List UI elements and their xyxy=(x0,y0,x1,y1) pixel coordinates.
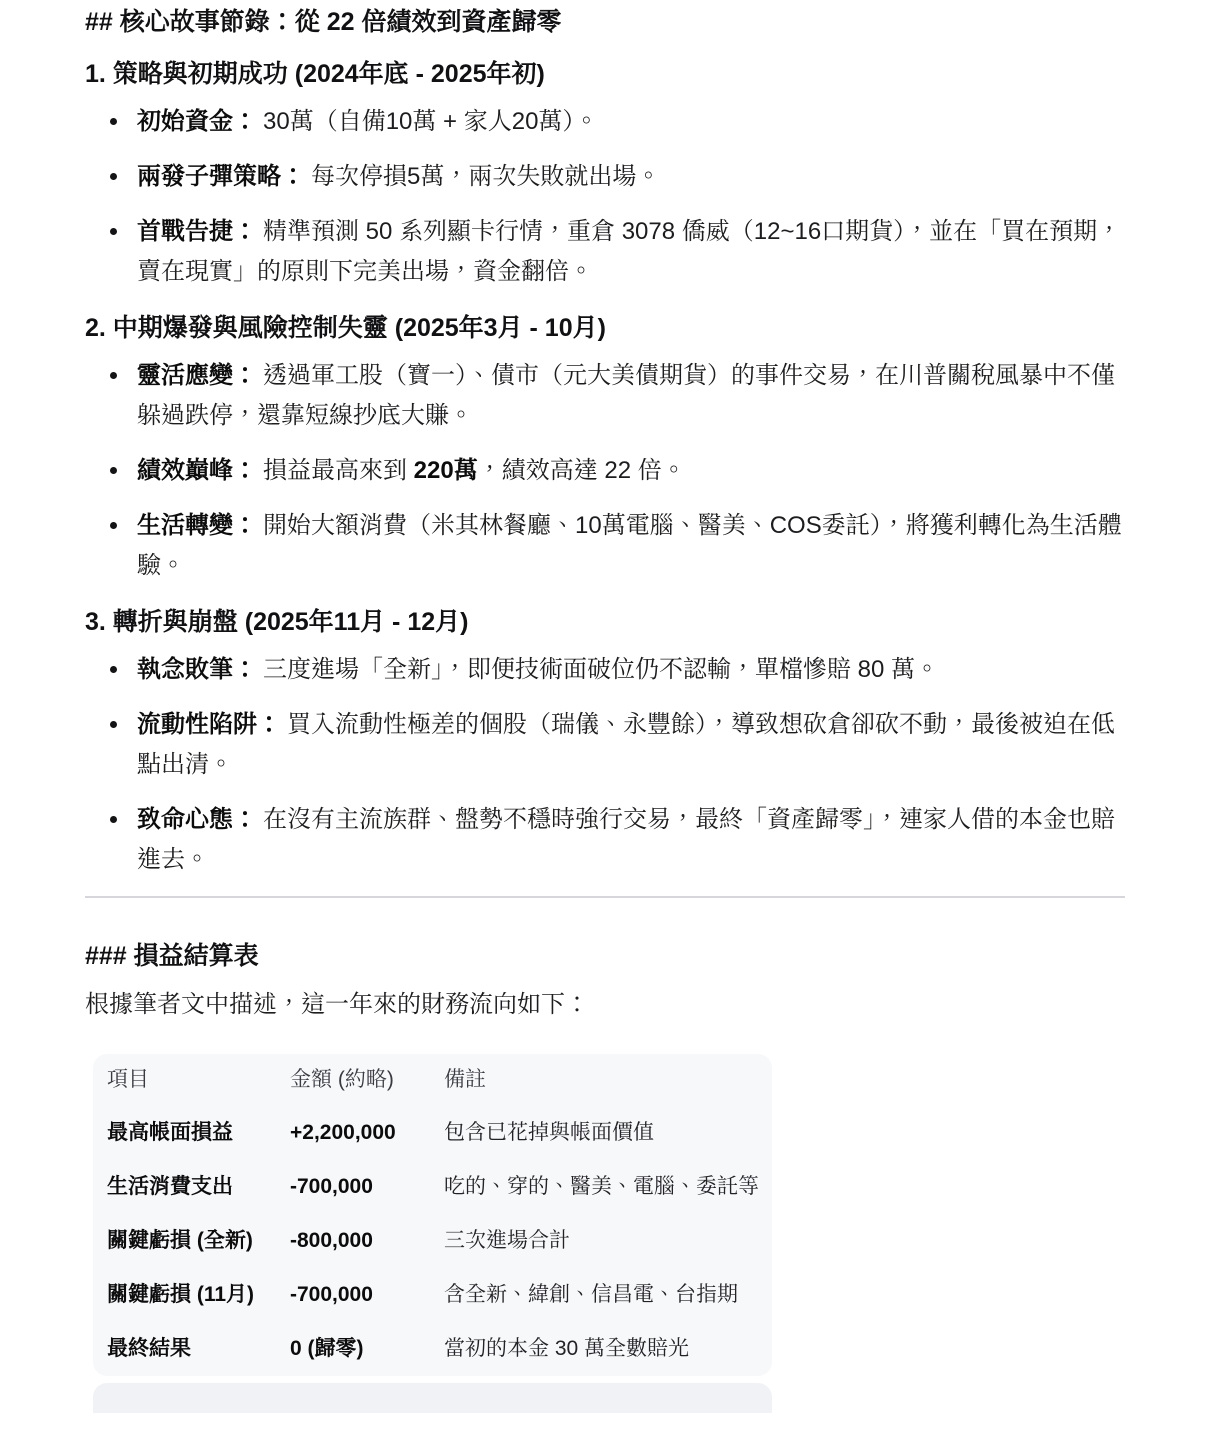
table-row: 最終結果 0 (歸零) 當初的本金 30 萬全數賠光 xyxy=(93,1322,772,1376)
bullet-icon xyxy=(110,666,117,673)
bullet-label: 生活轉變： xyxy=(137,512,257,539)
bullet-label: 執念敗筆： xyxy=(137,656,257,683)
bullet-label: 初始資金： xyxy=(137,108,257,135)
bullet-text-bold: 220萬 xyxy=(414,457,478,484)
row-note: 三次進場合計 xyxy=(444,1227,772,1255)
row-amount: 0 (歸零) xyxy=(290,1335,444,1363)
list-item: 致命心態：在沒有主流族群、盤勢不穩時強行交易，最終「資產歸零」，連家人借的本金也… xyxy=(137,800,1125,880)
list-item: 靈活應變：透過軍工股（寶一）、債市（元大美債期貨）的事件交易，在川普關稅風暴中不… xyxy=(137,356,1125,436)
section-2-heading: 2. 中期爆發與風險控制失靈 (2025年3月 - 10月) xyxy=(85,312,1125,344)
column-header-item: 項目 xyxy=(93,1066,290,1094)
list-item: 執念敗筆：三度進場「全新」，即便技術面破位仍不認輸，單檔慘賠 80 萬。 xyxy=(137,650,1125,690)
section-3-list: 執念敗筆：三度進場「全新」，即便技術面破位仍不認輸，單檔慘賠 80 萬。 流動性… xyxy=(85,650,1125,880)
row-amount: +2,200,000 xyxy=(290,1119,444,1147)
bullet-text: 開始大額消費（米其林餐廳、10萬電腦、醫美、COS委託），將獲利轉化為生活體驗。 xyxy=(137,512,1122,579)
section-divider xyxy=(85,896,1125,898)
row-item: 最終結果 xyxy=(93,1335,290,1363)
bullet-text: 每次停損5萬，兩次失敗就出場。 xyxy=(311,163,660,190)
list-item: 流動性陷阱：買入流動性極差的個股（瑞儀、永豐餘），導致想砍倉卻砍不動，最後被迫在… xyxy=(137,705,1125,785)
row-note: 當初的本金 30 萬全數賠光 xyxy=(444,1335,772,1363)
bullet-text: 透過軍工股（寶一）、債市（元大美債期貨）的事件交易，在川普關稅風暴中不僅躲過跌停… xyxy=(137,362,1115,429)
row-amount: -800,000 xyxy=(290,1227,444,1255)
bullet-icon xyxy=(110,816,117,823)
bullet-text: 30萬（自備10萬 + 家人20萬）。 xyxy=(263,108,598,135)
bullet-text: 三度進場「全新」，即便技術面破位仍不認輸，單檔慘賠 80 萬。 xyxy=(263,656,939,683)
bullet-icon xyxy=(110,721,117,728)
next-block-partial-edge xyxy=(93,1383,772,1413)
bullet-icon xyxy=(110,372,117,379)
core-story-title: ## 核心故事節錄：從 22 倍績效到資產歸零 xyxy=(85,6,1125,38)
bullet-text: 損益最高來到 xyxy=(263,457,414,484)
column-header-amount: 金額 (約略) xyxy=(290,1066,444,1094)
row-note: 包含已花掉與帳面價值 xyxy=(444,1119,772,1147)
results-heading: ### 損益結算表 xyxy=(85,940,1125,972)
document-body: ## 核心故事節錄：從 22 倍績效到資產歸零 1. 策略與初期成功 (2024… xyxy=(0,0,1209,1413)
list-item: 初始資金：30萬（自備10萬 + 家人20萬）。 xyxy=(137,102,1125,142)
table-row: 生活消費支出 -700,000 吃的、穿的、醫美、電腦、委託等 xyxy=(93,1160,772,1214)
row-item: 最高帳面損益 xyxy=(93,1119,290,1147)
bullet-label: 績效巔峰： xyxy=(137,457,257,484)
bullet-label: 首戰告捷： xyxy=(137,218,257,245)
bullet-text: 精準預測 50 系列顯卡行情，重倉 3078 僑威（12~16口期貨），並在「買… xyxy=(137,218,1121,285)
bullet-icon xyxy=(110,173,117,180)
results-intro: 根據筆者文中描述，這一年來的財務流向如下： xyxy=(85,988,1125,1022)
section-1-heading: 1. 策略與初期成功 (2024年底 - 2025年初) xyxy=(85,58,1125,90)
table-row: 關鍵虧損 (11月) -700,000 含全新、緯創、信昌電、台指期 xyxy=(93,1268,772,1322)
row-note: 含全新、緯創、信昌電、台指期 xyxy=(444,1281,772,1309)
bullet-text: ，績效高達 22 倍。 xyxy=(478,457,686,484)
bullet-label: 靈活應變： xyxy=(137,362,257,389)
bullet-text: 買入流動性極差的個股（瑞儀、永豐餘），導致想砍倉卻砍不動，最後被迫在低點出清。 xyxy=(137,711,1115,778)
row-note: 吃的、穿的、醫美、電腦、委託等 xyxy=(444,1173,772,1201)
bullet-icon xyxy=(110,228,117,235)
bullet-icon xyxy=(110,118,117,125)
list-item: 首戰告捷：精準預測 50 系列顯卡行情，重倉 3078 僑威（12~16口期貨）… xyxy=(137,212,1125,292)
table-header-row: 項目 金額 (約略) 備註 xyxy=(93,1066,772,1106)
column-header-note: 備註 xyxy=(444,1066,772,1094)
bullet-text: 在沒有主流族群、盤勢不穩時強行交易，最終「資產歸零」，連家人借的本金也賠進去。 xyxy=(137,806,1115,873)
table-row: 關鍵虧損 (全新) -800,000 三次進場合計 xyxy=(93,1214,772,1268)
bullet-label: 兩發子彈策略： xyxy=(137,163,305,190)
bullet-label: 致命心態： xyxy=(137,806,257,833)
row-item: 關鍵虧損 (全新) xyxy=(93,1227,290,1255)
table-row: 最高帳面損益 +2,200,000 包含已花掉與帳面價值 xyxy=(93,1106,772,1160)
list-item: 生活轉變：開始大額消費（米其林餐廳、10萬電腦、醫美、COS委託），將獲利轉化為… xyxy=(137,506,1125,586)
row-item: 關鍵虧損 (11月) xyxy=(93,1281,290,1309)
profit-loss-table-card: 項目 金額 (約略) 備註 最高帳面損益 +2,200,000 包含已花掉與帳面… xyxy=(93,1054,772,1376)
row-amount: -700,000 xyxy=(290,1281,444,1309)
section-2-list: 靈活應變：透過軍工股（寶一）、債市（元大美債期貨）的事件交易，在川普關稅風暴中不… xyxy=(85,356,1125,586)
bullet-icon xyxy=(110,522,117,529)
bullet-icon xyxy=(110,467,117,474)
list-item: 績效巔峰：損益最高來到 220萬，績效高達 22 倍。 xyxy=(137,451,1125,491)
bullet-label: 流動性陷阱： xyxy=(137,711,281,738)
section-1-list: 初始資金：30萬（自備10萬 + 家人20萬）。 兩發子彈策略：每次停損5萬，兩… xyxy=(85,102,1125,292)
row-item: 生活消費支出 xyxy=(93,1173,290,1201)
row-amount: -700,000 xyxy=(290,1173,444,1201)
section-3-heading: 3. 轉折與崩盤 (2025年11月 - 12月) xyxy=(85,606,1125,638)
list-item: 兩發子彈策略：每次停損5萬，兩次失敗就出場。 xyxy=(137,157,1125,197)
